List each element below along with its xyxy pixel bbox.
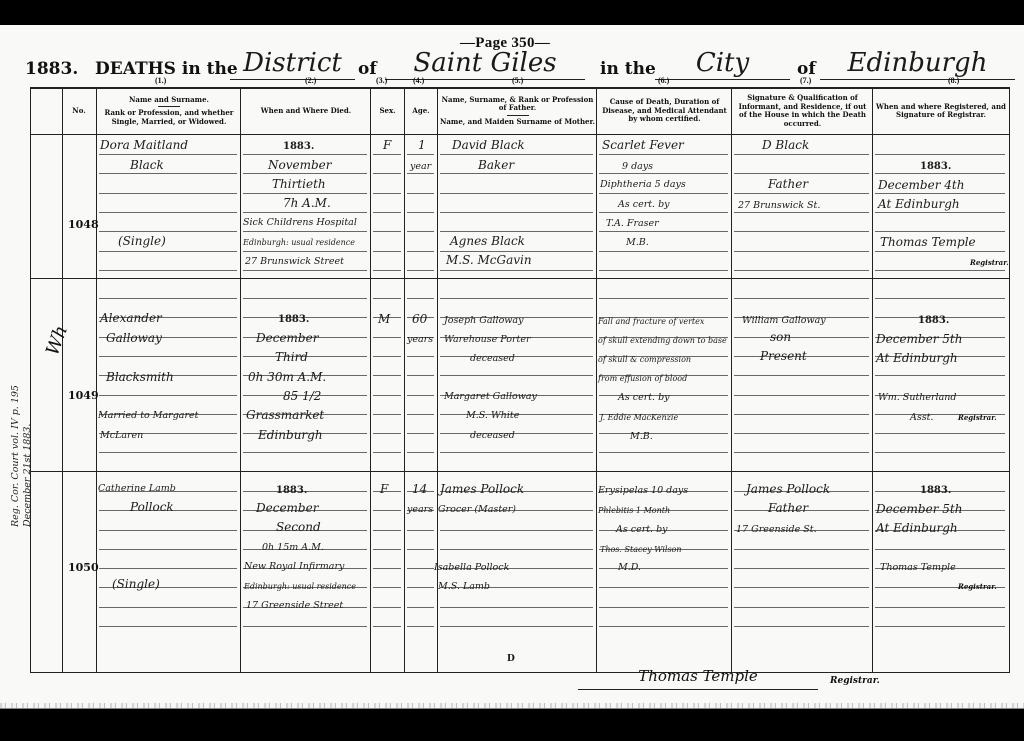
col-num-7: (7.): [800, 76, 811, 85]
header-informant-text: Signature & Qualification of Informant, …: [734, 94, 871, 128]
ruled-line: [99, 193, 237, 194]
death-place: 85 1/2: [283, 389, 321, 404]
ruled-line: [407, 270, 434, 271]
ruled-line: [99, 530, 237, 531]
death-month: December: [256, 331, 318, 346]
ruled-line: [440, 549, 593, 550]
header-name: Name and Surname. Rank or Profession, an…: [98, 89, 240, 133]
ruled-line: [373, 395, 401, 396]
certified-by: As cert. by: [618, 390, 670, 405]
header-parents: Name, Surname, & Rank or Profession of F…: [439, 89, 596, 133]
ruled-line: [440, 270, 593, 271]
ruled-line: [734, 270, 869, 271]
title-of: of: [358, 59, 377, 79]
margin-note-line: December 21st 1883.: [22, 317, 34, 527]
ruled-line: [373, 607, 401, 608]
registered-year: 1883.: [920, 483, 951, 498]
header-dash: [507, 115, 529, 116]
ruled-line: [99, 395, 237, 396]
death-year: 1883.: [276, 483, 307, 498]
ruled-line: [734, 337, 869, 338]
ruled-line: [373, 337, 401, 338]
informant-signature: James Pollock: [746, 482, 830, 497]
father-occupation: Warehouse Porter: [444, 332, 531, 347]
registrar-assistant: Asst.: [910, 410, 933, 425]
col-num-1: (1.): [155, 76, 166, 85]
ruled-line: [440, 212, 593, 213]
col-divider: [596, 87, 597, 672]
col-divider: [240, 87, 241, 672]
medical-qualification: M.B.: [630, 429, 653, 444]
ruled-line: [440, 356, 593, 357]
ruled-line: [243, 173, 367, 174]
ruled-line: [99, 298, 237, 299]
ruled-line: [99, 154, 237, 155]
ruled-line: [99, 626, 237, 627]
ruled-line: [99, 568, 237, 569]
ruled-line: [407, 154, 434, 155]
ruled-line: [734, 193, 869, 194]
footer-letter: D: [507, 654, 515, 664]
informant-signature: D Black: [762, 138, 809, 153]
death-place: Sick Childrens Hospital: [243, 215, 357, 230]
ruled-line: [407, 298, 434, 299]
ruled-line: [243, 298, 367, 299]
registrar-label: Registrar.: [958, 413, 997, 422]
mother-maiden-name: M.S. McGavin: [446, 253, 532, 268]
ruled-line: [875, 626, 1005, 627]
ruled-line: [734, 154, 869, 155]
ruled-line: [407, 251, 434, 252]
marital-status: (Single): [118, 234, 166, 249]
registered-year: 1883.: [918, 313, 949, 328]
scan-border-top: [0, 0, 1024, 26]
entry-divider: [31, 471, 1009, 472]
mother-maiden-name: M.S. Lamb: [438, 579, 490, 594]
death-year: 1883.: [278, 312, 309, 327]
ruled-line: [734, 452, 869, 453]
age: 60: [412, 312, 427, 327]
ruled-line: [734, 626, 869, 627]
cause-of-death: Erysipelas 10 days: [598, 483, 688, 498]
ruled-line: [407, 212, 434, 213]
register-page: —Page 350— 1883. DEATHS in the District …: [0, 25, 1024, 708]
deceased-name: Alexander: [100, 311, 162, 326]
col-num-6: (6.): [658, 76, 669, 85]
margin-note-line: Reg. Cor. Court vol. IV p. 195: [10, 317, 22, 527]
ruled-line: [243, 251, 367, 252]
ruled-line: [599, 251, 728, 252]
marital-status: Married to Margaret: [98, 408, 198, 423]
age: 1: [418, 138, 426, 153]
ruled-line: [599, 433, 728, 434]
ruled-line: [875, 607, 1005, 608]
registered-date: December 5th: [876, 332, 962, 347]
header-registered-text: When and where Registered, and Signature…: [876, 103, 1006, 120]
ruled-line: [373, 193, 401, 194]
age-unit: years: [407, 502, 433, 517]
col-divider: [96, 87, 97, 672]
ruled-line: [407, 414, 434, 415]
ruled-line: [440, 375, 593, 376]
ruled-line: [440, 530, 593, 531]
certified-by: As cert. by: [618, 197, 670, 212]
death-place: 27 Brunswick Street: [245, 254, 344, 269]
cause-of-death: Diphtheria 5 days: [600, 177, 686, 192]
registered-date: December 4th: [878, 178, 964, 193]
col-divider: [872, 87, 873, 672]
col-num-4: (4.): [413, 76, 424, 85]
ruled-line: [599, 231, 728, 232]
ruled-line: [99, 452, 237, 453]
ruled-line: [599, 587, 728, 588]
ruled-line: [243, 193, 367, 194]
ruled-line: [599, 626, 728, 627]
ruled-line: [440, 626, 593, 627]
cause-of-death: of skull extending down to base: [598, 333, 727, 348]
footer-registrar-signature: Thomas Temple: [578, 665, 818, 690]
ruled-line: [599, 452, 728, 453]
mother-name: Agnes Black: [450, 234, 525, 249]
informant-signature: William Galloway: [742, 313, 826, 328]
col-divider: [731, 87, 732, 672]
ruled-line: [243, 212, 367, 213]
ruled-line: [599, 173, 728, 174]
deceased-name: Catherine Lamb: [98, 481, 176, 496]
header-registered: When and where Registered, and Signature…: [876, 89, 1006, 133]
ruled-line: [373, 568, 401, 569]
ruled-line: [407, 375, 434, 376]
header-parents-top: Name, Surname, & Rank or Profession of F…: [439, 96, 596, 113]
registrar-label: Registrar.: [958, 582, 997, 591]
scan-border-bottom: [0, 708, 1024, 741]
registered-place: At Edinburgh: [876, 351, 958, 366]
ruled-line: [373, 154, 401, 155]
ruled-line: [407, 231, 434, 232]
ruled-line: [440, 193, 593, 194]
ruled-line: [373, 433, 401, 434]
deceased-surname: Black: [130, 158, 164, 173]
ruled-line: [734, 375, 869, 376]
informant-presence: Present: [760, 349, 807, 364]
ruled-line: [99, 607, 237, 608]
sex: F: [380, 482, 388, 497]
ruled-line: [407, 356, 434, 357]
registrar-label: Registrar.: [970, 258, 1009, 267]
death-time: 7h A.M.: [283, 196, 331, 211]
header-sex-text: Sex.: [371, 107, 404, 116]
father-occupation: Grocer (Master): [438, 502, 516, 517]
ruled-line: [734, 395, 869, 396]
ruled-line: [407, 433, 434, 434]
ruled-line: [875, 251, 1005, 252]
register-table: [30, 87, 1010, 673]
informant-residence: 17 Greenside St.: [736, 522, 817, 537]
header-cause-text: Cause of Death, Duration of Disease, and…: [599, 98, 730, 124]
col-divider: [404, 87, 405, 672]
death-place: Grassmarket: [246, 408, 324, 423]
mother-name: Isabella Pollock: [434, 560, 509, 575]
sex: F: [383, 138, 391, 153]
burgh-type: City: [655, 49, 790, 80]
ruled-line: [599, 298, 728, 299]
informant-qualification: son: [770, 330, 791, 345]
age: 14: [412, 482, 427, 497]
registered-date: December 5th: [876, 502, 962, 517]
medical-attendant: J. Eddie MacKenzie: [600, 410, 678, 425]
cause-of-death: Scarlet Fever: [602, 138, 684, 153]
ruled-line: [734, 414, 869, 415]
burgh-name: Edinburgh: [820, 49, 1015, 80]
duration: 9 days: [622, 159, 653, 174]
ruled-line: [243, 270, 367, 271]
ruled-line: [734, 173, 869, 174]
ruled-line: [734, 433, 869, 434]
cause-of-death: of skull & compression: [598, 352, 691, 367]
death-time: 0h 15m A.M.: [262, 540, 324, 555]
ruled-line: [875, 298, 1005, 299]
death-year: 1883.: [283, 139, 314, 154]
ruled-line: [440, 452, 593, 453]
ruled-line: [373, 626, 401, 627]
registrar-signature: Thomas Temple: [880, 235, 976, 250]
deceased-name: Dora Maitland: [100, 138, 188, 153]
entry-number: 1048: [68, 218, 99, 231]
ruled-line: [407, 626, 434, 627]
ruled-line: [407, 530, 434, 531]
mother-deceased: deceased: [470, 428, 515, 443]
ruled-line: [875, 231, 1005, 232]
deceased-surname: Galloway: [106, 331, 162, 346]
informant-qualification: Father: [768, 501, 808, 516]
father-name: Joseph Galloway: [444, 313, 523, 328]
entry-number: 1050: [68, 561, 99, 574]
col-num-5: (5.): [512, 76, 523, 85]
header-age-text: Age.: [405, 107, 437, 116]
header-name-bottom: Rank or Profession, and whether Single, …: [98, 109, 240, 126]
ruled-line: [599, 270, 728, 271]
medical-attendant: T.A. Fraser: [606, 216, 659, 231]
ruled-line: [373, 375, 401, 376]
col-num-3: (3.): [376, 76, 387, 85]
ruled-line: [875, 212, 1005, 213]
header-no-text: No.: [62, 107, 96, 116]
ruled-line: [373, 414, 401, 415]
ruled-line: [440, 433, 593, 434]
cause-of-death: Phlebitis 1 Month: [598, 503, 670, 518]
death-day: Second: [276, 520, 321, 535]
ruled-line: [875, 154, 1005, 155]
medical-attendant: Thos. Stacey Wilson: [600, 542, 682, 557]
death-place: 17 Greenside Street: [246, 598, 343, 613]
col-divider: [62, 87, 63, 672]
col-divider: [370, 87, 371, 672]
col-num-2: (2.): [305, 76, 316, 85]
ruled-line: [373, 510, 401, 511]
header-no: No.: [62, 89, 96, 133]
ruled-line: [440, 298, 593, 299]
ruled-line: [734, 568, 869, 569]
entry-divider: [31, 278, 1009, 279]
death-place: New Royal Infirmary: [244, 559, 344, 574]
ruled-line: [99, 212, 237, 213]
ruled-line: [407, 193, 434, 194]
ruled-line: [99, 231, 237, 232]
sex: M: [378, 312, 390, 327]
ruled-line: [407, 587, 434, 588]
ruled-line: [373, 530, 401, 531]
ruled-line: [734, 549, 869, 550]
ruled-line: [373, 270, 401, 271]
header-name-top: Name and Surname.: [98, 96, 240, 105]
ruled-line: [407, 568, 434, 569]
ruled-line: [440, 607, 593, 608]
registrar-signature: Thomas Temple: [880, 560, 956, 575]
header-age: Age.: [405, 89, 437, 133]
registered-place: At Edinburgh: [876, 521, 958, 536]
ruled-line: [99, 270, 237, 271]
death-time: 0h 30m A.M.: [248, 370, 326, 385]
ruled-line: [407, 607, 434, 608]
informant-residence: 27 Brunswick St.: [738, 198, 820, 213]
ruled-line: [407, 549, 434, 550]
header-when-where-text: When and Where Died.: [242, 107, 370, 116]
ruled-line: [875, 433, 1005, 434]
title-in-the: in the: [600, 59, 656, 79]
ruled-line: [875, 193, 1005, 194]
ruled-line: [599, 212, 728, 213]
header-divider: [31, 134, 1009, 135]
cause-of-death: Fall and fracture of vertex: [598, 314, 704, 329]
ruled-line: [734, 587, 869, 588]
header-dash: [158, 106, 180, 107]
ruled-line: [734, 251, 869, 252]
ruled-line: [373, 231, 401, 232]
registered-year: 1883.: [920, 159, 951, 174]
cause-of-death: from effusion of blood: [598, 371, 687, 386]
death-month: December: [256, 501, 318, 516]
ruled-line: [875, 270, 1005, 271]
death-place: Edinburgh: [258, 428, 323, 443]
ruled-line: [373, 549, 401, 550]
death-day: Third: [275, 350, 308, 365]
father-occupation: Baker: [478, 158, 514, 173]
occupation: Blacksmith: [106, 370, 174, 385]
ruled-line: [875, 549, 1005, 550]
age-unit: year: [410, 159, 431, 174]
ruled-line: [99, 549, 237, 550]
registered-place: At Edinburgh: [878, 197, 960, 212]
marital-status: (Single): [112, 577, 160, 592]
ruled-line: [599, 154, 728, 155]
age-unit: years: [407, 332, 433, 347]
col-num-8: (8.): [948, 76, 959, 85]
ruled-line: [373, 587, 401, 588]
ruled-line: [243, 452, 367, 453]
ruled-line: [440, 154, 593, 155]
ruled-line: [440, 231, 593, 232]
entry-number: 1049: [68, 389, 99, 402]
ruled-line: [373, 251, 401, 252]
deceased-surname: Pollock: [130, 500, 174, 515]
ruled-line: [373, 212, 401, 213]
ruled-line: [734, 607, 869, 608]
informant-qualification: Father: [768, 177, 808, 192]
medical-qualification: M.D.: [618, 560, 641, 575]
mother-maiden-name: M.S. White: [466, 408, 519, 423]
header-parents-bottom: Name, and Maiden Surname of Mother.: [439, 118, 596, 127]
medical-qualification: M.B.: [626, 235, 649, 250]
ruled-line: [599, 193, 728, 194]
header-cause: Cause of Death, Duration of Disease, and…: [599, 89, 730, 133]
district-type: District: [230, 49, 355, 80]
mother-name: Margaret Galloway: [444, 389, 537, 404]
ruled-line: [875, 375, 1005, 376]
ruled-line: [373, 452, 401, 453]
ruled-line: [99, 251, 237, 252]
ruled-line: [99, 173, 237, 174]
ruled-line: [875, 452, 1005, 453]
ruled-line: [599, 607, 728, 608]
death-month: November: [268, 158, 332, 173]
ruled-line: [407, 395, 434, 396]
registrar-signature: Wm. Sutherland: [878, 390, 956, 405]
father-deceased: deceased: [470, 351, 515, 366]
ruled-line: [734, 231, 869, 232]
ruled-line: [440, 173, 593, 174]
ruled-line: [373, 173, 401, 174]
spouse-maiden-name: McLaren: [100, 428, 143, 443]
header-sex: Sex.: [371, 89, 404, 133]
ruled-line: [734, 298, 869, 299]
ruled-line: [373, 298, 401, 299]
death-place: Edinburgh: usual residence: [244, 579, 356, 594]
ruled-line: [99, 356, 237, 357]
father-name: James Pollock: [440, 482, 524, 497]
ruled-line: [373, 356, 401, 357]
year: 1883.: [25, 59, 78, 79]
header-informant: Signature & Qualification of Informant, …: [734, 89, 871, 133]
ruled-line: [243, 154, 367, 155]
header-when-where: When and Where Died.: [242, 89, 370, 133]
ruled-line: [243, 626, 367, 627]
father-name: David Black: [452, 138, 525, 153]
ruled-line: [407, 452, 434, 453]
ruled-line: [243, 231, 367, 232]
footer-registrar-label: Registrar.: [830, 676, 880, 686]
death-day: Thirtieth: [272, 177, 326, 192]
ruled-line: [440, 251, 593, 252]
certified-by: As cert. by: [616, 522, 668, 537]
death-place: Edinburgh: usual residence: [243, 235, 355, 250]
